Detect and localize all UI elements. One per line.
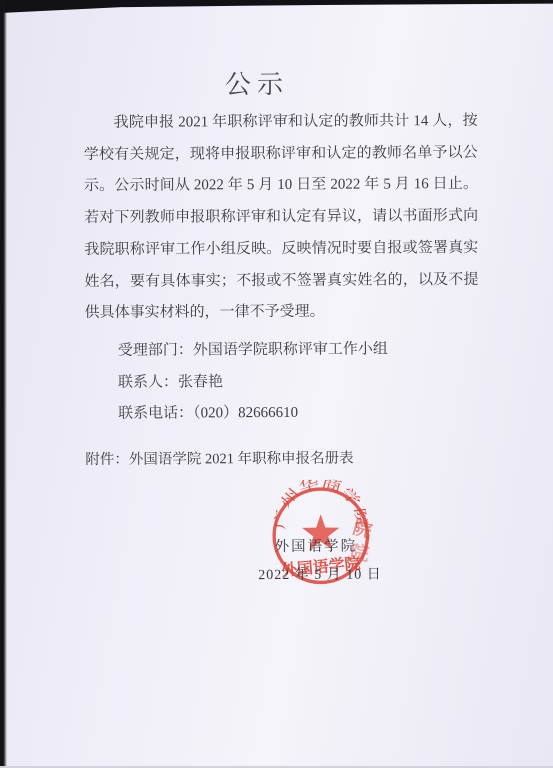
body-line: 若对下列教师申报职称评审和认定有异议，请以书面形式向 [84, 201, 478, 235]
body-line: 学校有关规定，现将申报职称评审和认定的教师名单予以公 [84, 138, 478, 172]
scan-edge-left [0, 0, 7, 768]
signature-department: 外国语学院 [255, 536, 377, 557]
body-line: 我院申报 2021 年职称评审和认定的教师共计 14 人，按 [84, 106, 478, 140]
body-line: 我院职称评审工作小组反映。反映情况时要自报或签署真实 [84, 233, 478, 267]
body-line: 示。公示时间从 2022 年 5 月 10 日至 2022 年 5 月 16 日… [84, 169, 478, 203]
contact-department: 受理部门：外国语学院职称评审工作小组 [118, 334, 458, 367]
contact-phone: 联系电话：（020）82666610 [118, 397, 458, 430]
signature-date: 2022 年 5 月 10 日 [239, 565, 401, 586]
attachment-note: 附件：外国语学院 2021 年职称申报名册表 [85, 448, 485, 470]
scanned-notice-page: 公示 我院申报 2021 年职称评审和认定的教师共计 14 人，按 学校有关规定… [0, 0, 553, 768]
notice-title: 公示 [0, 67, 534, 104]
body-line: 供具体事实材料的，一律不予受理。 [85, 296, 479, 330]
notice-content: 公示 我院申报 2021 年职称评审和认定的教师共计 14 人，按 学校有关规定… [0, 0, 553, 768]
notice-body: 我院申报 2021 年职称评审和认定的教师共计 14 人，按 学校有关规定，现将… [84, 106, 479, 330]
contact-person: 联系人：张春艳 [118, 366, 458, 399]
body-line: 姓名，要有具体事实；不报或不签署真实姓名的，以及不提 [84, 264, 478, 298]
contact-block: 受理部门：外国语学院职称评审工作小组 联系人：张春艳 联系电话：（020）826… [118, 334, 458, 430]
